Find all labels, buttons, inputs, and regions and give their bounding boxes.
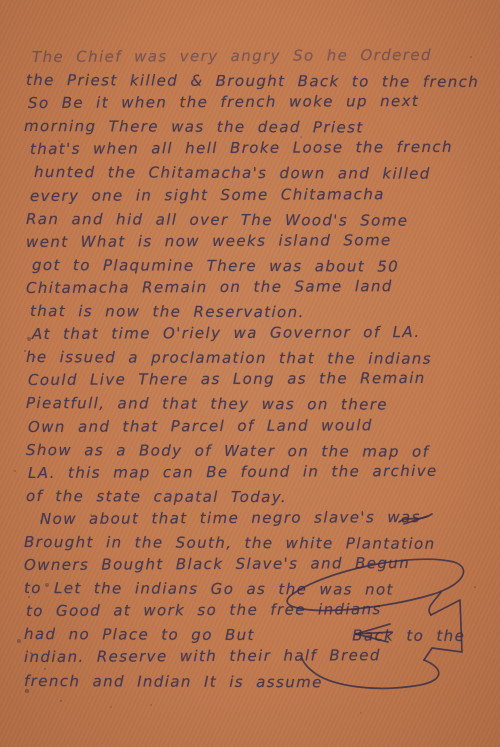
handwritten-line: LA. this map can Be found in the archive (28, 459, 492, 485)
handwritten-line: went What is now weeks island Some (26, 228, 492, 254)
strike-mark-doodle (396, 510, 438, 528)
handwritten-line: Could Live There as Long as the Remain (28, 367, 492, 393)
handwritten-line: that's when all hell Broke Loose the fre… (30, 136, 492, 162)
handwritten-line: every one in sight Some Chitamacha (30, 182, 492, 208)
handwritten-line: Chitamacha Remain on the Same land (26, 274, 492, 300)
handwritten-line: The Chief was very angry So he Ordered (32, 44, 492, 70)
handwritten-line: At that time O'riely wa Governor of LA. (32, 321, 492, 347)
toner-speckles (0, 0, 2, 2)
handwritten-line: So Be it when the french woke up next (28, 90, 492, 116)
arrow-doodle (264, 552, 480, 700)
handwritten-line: Own and that Parcel of Land would (28, 413, 492, 439)
scanned-manuscript-page: The Chief was very angry So he Orderedth… (0, 0, 500, 747)
